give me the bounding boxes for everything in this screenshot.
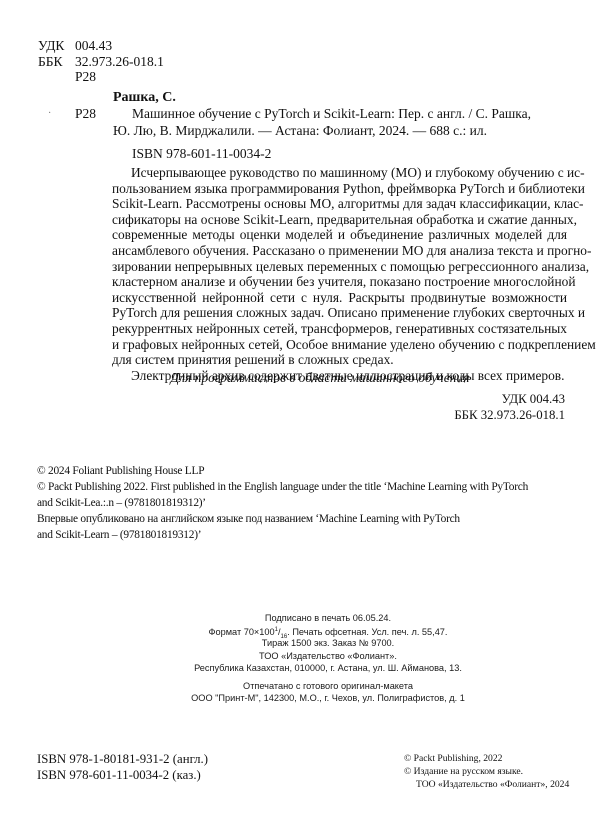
format-prefix: Формат 70×100 bbox=[209, 627, 275, 637]
bbk-right: ББК 32.973.26-018.1 bbox=[454, 408, 565, 423]
bbk-row: ББК 32.973.26-018.1 bbox=[0, 54, 300, 70]
annotation-line: кластерном анализе и обучении без учител… bbox=[112, 274, 567, 290]
isbn-english: ISBN 978-1-80181-931-2 (англ.) bbox=[37, 752, 208, 767]
author-mark-row: Р28 bbox=[0, 69, 300, 85]
annotation-line: современные методы оценки моделей и объе… bbox=[112, 227, 567, 243]
format-slash: / bbox=[278, 627, 281, 637]
udk-row: УДК 004.43 bbox=[0, 38, 300, 54]
imprint-printed-from-text: Отпечатано с готового оригинал-макета bbox=[243, 681, 413, 691]
stray-dot: · bbox=[48, 108, 51, 119]
annotation-line: ансамблевого обучения. Рассказано о прим… bbox=[112, 243, 567, 259]
isbn-kazakh: ISBN 978-601-11-0034-2 (каз.) bbox=[37, 768, 201, 783]
annotation-line: PyTorch для решения сложных задач. Описа… bbox=[112, 305, 567, 321]
imprint-print-run: Тираж 1500 экз. Заказ № 9700. bbox=[0, 637, 600, 649]
imprint-publisher-address: Республика Казахстан, 010000, г. Астана,… bbox=[0, 662, 600, 674]
audience-line: Для программистов в области машинного об… bbox=[0, 370, 600, 386]
imprint-signed: Подписано в печать 06.05.24. bbox=[0, 612, 600, 624]
author-heading: Рашка, С. bbox=[113, 90, 176, 106]
annotation-line: Исчерпывающее руководство по машинному (… bbox=[112, 165, 567, 181]
author-mark-top: Р28 bbox=[75, 69, 96, 85]
udk-label: УДК bbox=[38, 38, 64, 54]
annotation-line: искусственной нейронной сети с нуля. Рас… bbox=[112, 290, 567, 306]
annotation-line: зировании непрерывных целевых переменных… bbox=[112, 259, 567, 275]
author-mark-record: Р28 bbox=[75, 106, 96, 122]
imprint-signed-text: Подписано в печать 06.05.24. bbox=[265, 613, 391, 623]
copyright-line-5: and Scikit-Learn – (9781801819312)’ bbox=[37, 529, 201, 541]
udk-value: 004.43 bbox=[75, 38, 112, 54]
annotation-line: Scikit-Learn. Рассмотрены основы МО, алг… bbox=[112, 196, 567, 212]
copyright-foliant: ТОО «Издательство «Фолиант», 2024 bbox=[416, 779, 569, 790]
isbn-record: ISBN 978-601-11-0034-2 bbox=[132, 146, 271, 162]
copyright-line-3: and Scikit-Lea.:.n – (9781801819312)’ bbox=[37, 497, 206, 509]
annotation-line: пользованием языка программирования Pyth… bbox=[112, 181, 567, 197]
annotation-line: рекуррентных нейронных сетей, трансформе… bbox=[112, 321, 567, 337]
audience-text: Для программистов в области машинного об… bbox=[171, 370, 470, 385]
annotation-line: сификаторы на основе Scikit-Learn, предв… bbox=[112, 212, 567, 228]
imprint-print-run-text: Тираж 1500 экз. Заказ № 9700. bbox=[262, 638, 394, 648]
imprint-address-text: Республика Казахстан, 010000, г. Астана,… bbox=[194, 663, 462, 673]
bbk-value: 32.973.26-018.1 bbox=[75, 54, 164, 70]
format-suffix: . Печать офсетная. Усл. печ. л. 55,47. bbox=[287, 627, 447, 637]
imprint-format-text: Формат 70×1001/16. Печать офсетная. Усл.… bbox=[209, 627, 448, 637]
imprint-printer-text: ООО "Принт-М", 142300, М.О., г. Чехов, у… bbox=[191, 693, 465, 703]
copyright-line-1: © 2024 Foliant Publishing House LLP bbox=[37, 465, 204, 477]
annotation-line: и графовых нейронных сетей, Особое внима… bbox=[112, 337, 567, 353]
annotation-line: для систем принятия решений в сложных ср… bbox=[112, 352, 567, 368]
annotation-paragraph-1: Исчерпывающее руководство по машинному (… bbox=[112, 165, 567, 368]
imprint-publisher: ТОО «Издательство «Фолиант». bbox=[0, 650, 600, 662]
bibliographic-line-1: Машинное обучение с PyTorch и Scikit-Lea… bbox=[132, 106, 531, 122]
copyright-line-4: Впервые опубликовано на английском языке… bbox=[37, 513, 460, 525]
bibliographic-line-2: Ю. Лю, В. Мирджалили. — Астана: Фолиант,… bbox=[113, 123, 487, 139]
annotation: Исчерпывающее руководство по машинному (… bbox=[112, 165, 567, 383]
imprint-printer: ООО "Принт-М", 142300, М.О., г. Чехов, у… bbox=[0, 692, 600, 704]
bbk-label: ББК bbox=[38, 54, 63, 70]
copyright-russian-edition: © Издание на русском языке. bbox=[404, 766, 523, 777]
copyright-line-2: © Packt Publishing 2022. First published… bbox=[37, 481, 528, 493]
copyright-packt: © Packt Publishing, 2022 bbox=[404, 753, 502, 764]
imprint-printed-from: Отпечатано с готового оригинал-макета bbox=[0, 680, 600, 692]
udk-right: УДК 004.43 bbox=[502, 392, 565, 407]
imprint-publisher-text: ТОО «Издательство «Фолиант». bbox=[259, 651, 397, 661]
